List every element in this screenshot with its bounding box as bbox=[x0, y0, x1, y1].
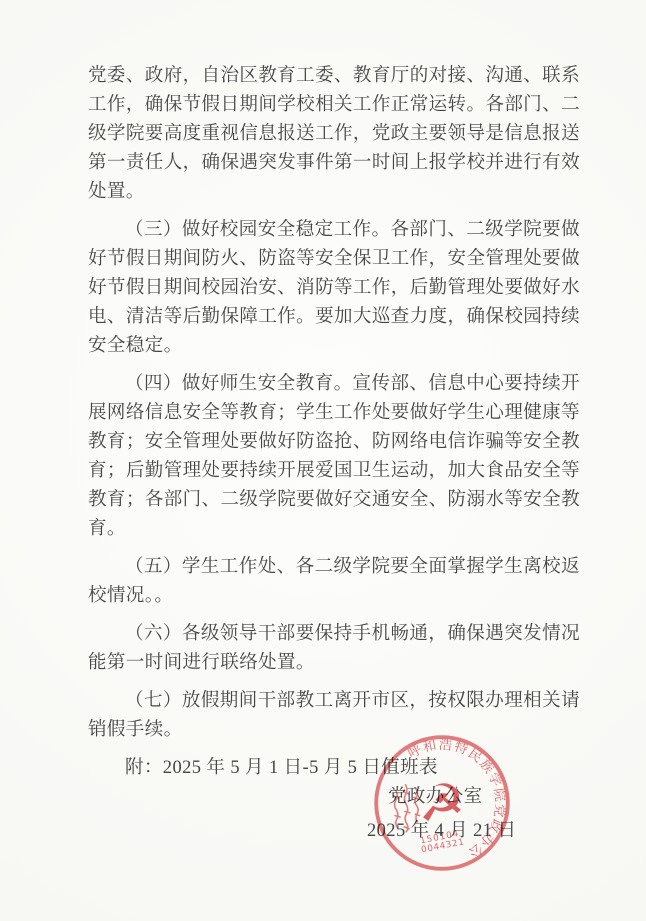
paragraph-item-6: （六）各级领导干部要保持手机畅通，确保遇突发情况能第一时间进行联络处置。 bbox=[88, 620, 580, 678]
signature-date: 2025 年 4 月 21 日 bbox=[88, 817, 580, 846]
document-page: 党委、政府，自治区教育工委、教育厅的对接、沟通、联系工作，确保节假日期间学校相关… bbox=[0, 0, 646, 921]
paragraph-item-7: （七）放假期间干部教工离开市区，按权限办理相关请销假手续。 bbox=[88, 687, 580, 745]
document-body: 党委、政府，自治区教育工委、教育厅的对接、沟通、联系工作，确保节假日期间学校相关… bbox=[88, 62, 580, 846]
paragraph-item-5: （五）学生工作处、各二级学院要全面掌握学生离校返校情况。。 bbox=[88, 553, 580, 611]
paragraph-item-3: （三）做好校园安全稳定工作。各部门、二级学院要做好节假日期间防火、防盗等安全保卫… bbox=[88, 216, 580, 361]
paragraph-continuation: 党委、政府，自治区教育工委、教育厅的对接、沟通、联系工作，确保节假日期间学校相关… bbox=[88, 62, 580, 207]
attachment-line: 附：2025 年 5 月 1 日-5 月 5 日值班表 bbox=[88, 754, 580, 783]
signature-office: 党政办公室 bbox=[88, 783, 580, 812]
paragraph-item-4: （四）做好师生安全教育。宣传部、信息中心要持续开展网络信息安全等教育；学生工作处… bbox=[88, 370, 580, 544]
